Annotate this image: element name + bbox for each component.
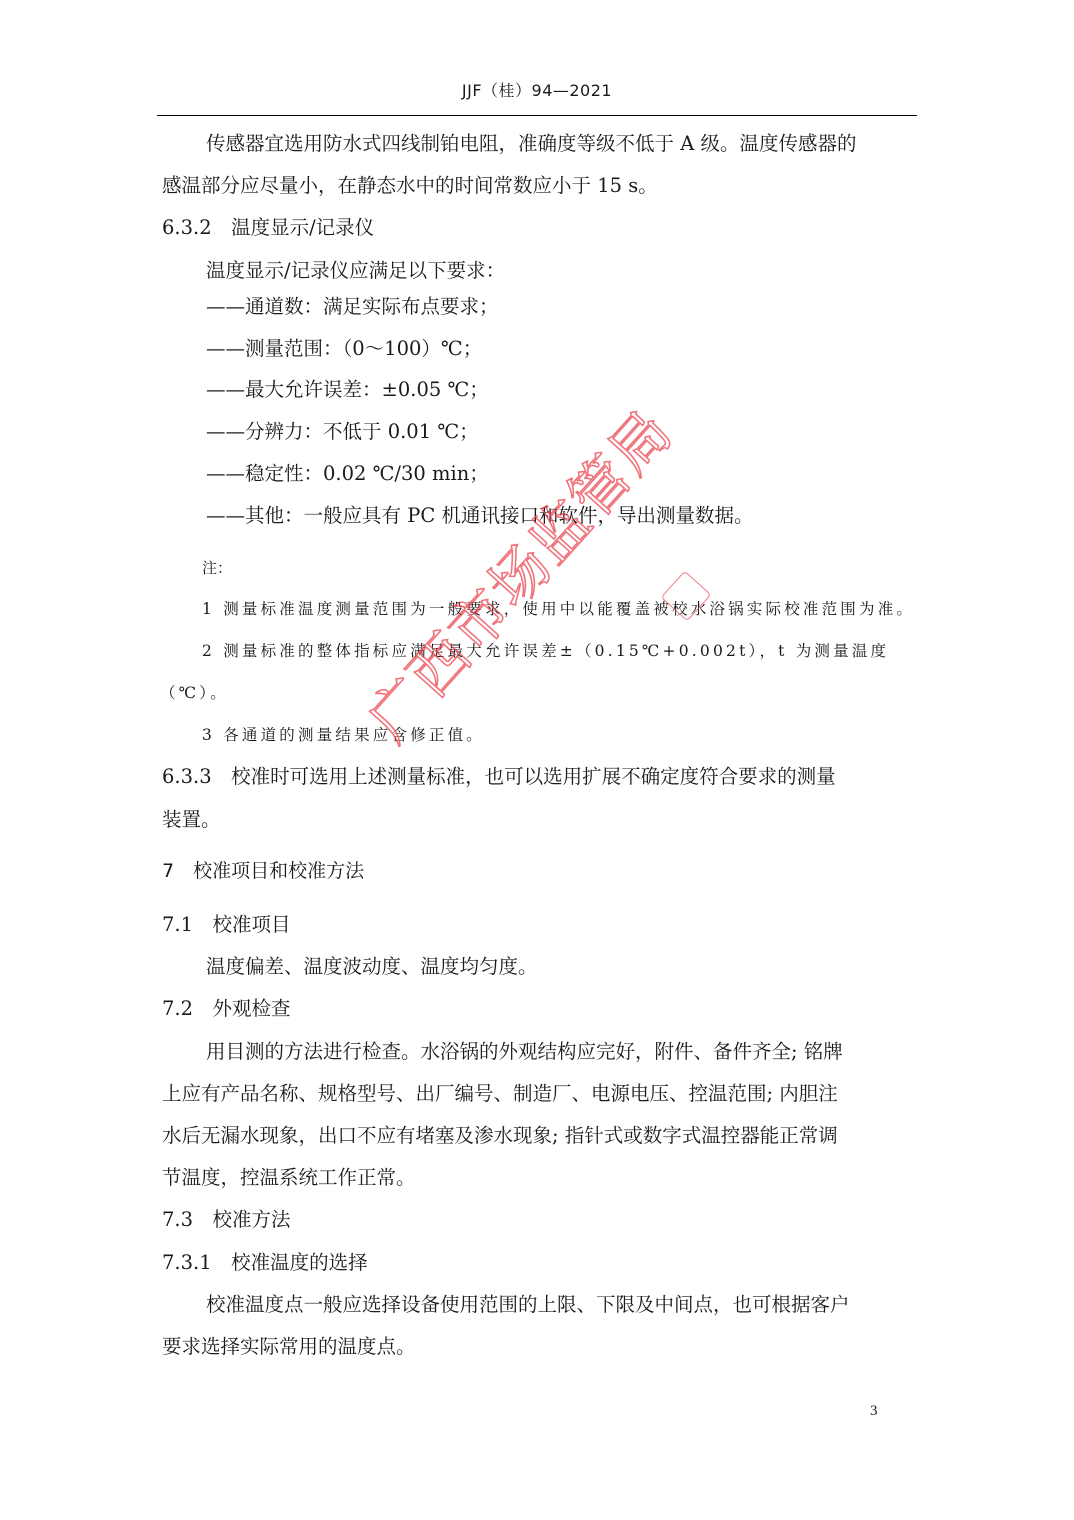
paragraph-line: 节温度，控温系统工作正常。 [162,1164,416,1192]
requirement-item: ——其他：一般应具有 PC 机通讯接口和软件，导出测量数据。 [206,502,753,530]
note-label: 注： [202,554,232,582]
paragraph-line: 用目测的方法进行检查。水浴锅的外观结构应完好，附件、备件齐全; 铭牌 [206,1038,843,1066]
section-heading-7: 7 校准项目和校准方法 [162,857,364,885]
requirement-item: ——通道数：满足实际布点要求； [206,293,499,321]
section-heading-7-2: 7.2 外观检查 [162,995,291,1023]
section-heading-6-3-2: 6.3.2 温度显示/记录仪 [162,214,374,242]
note-item: 2 测量标准的整体指标应满足最大允许误差±（0.15℃+0.002t），t 为测… [202,637,889,665]
paragraph-line: 校准温度点一般应选择设备使用范围的上限、下限及中间点，也可根据客户 [206,1291,850,1319]
requirement-item: ——稳定性：0.02 ℃/30 min； [206,460,489,488]
requirement-item: ——最大允许误差：±0.05 ℃； [206,376,489,404]
section-heading-7-1: 7.1 校准项目 [162,911,291,939]
section-6-3-3-line: 装置。 [162,806,221,834]
paragraph-line: 要求选择实际常用的温度点。 [162,1333,416,1361]
section-heading-7-3-1: 7.3.1 校准温度的选择 [162,1249,368,1277]
note-item: 3 各通道的测量结果应含修正值。 [202,721,485,749]
section-6-3-3-line: 6.3.3 校准时可选用上述测量标准，也可以选用扩展不确定度符合要求的测量 [162,763,836,791]
page-number: 3 [870,1403,878,1420]
document-code-header: JJF（桂）94—2021 [0,78,1074,101]
requirement-item: ——分辨力：不低于 0.01 ℃； [206,418,479,446]
section-heading-7-3: 7.3 校准方法 [162,1206,291,1234]
paragraph-line: 温度显示/记录仪应满足以下要求： [206,257,505,285]
paragraph-line: 传感器宜选用防水式四线制铂电阻，准确度等级不低于 A 级。温度传感器的 [206,130,856,158]
note-item: 1 测量标准温度测量范围为一般要求，使用中以能覆盖被校水浴锅实际校准范围为准。 [202,595,915,623]
paragraph-line: 上应有产品名称、规格型号、出厂编号、制造厂、电源电压、控温范围; 内胆注 [162,1080,838,1108]
paragraph-line: 水后无漏水现象，出口不应有堵塞及渗水现象; 指针式或数字式温控器能正常调 [162,1122,838,1150]
paragraph-line: 感温部分应尽量小，在静态水中的时间常数应小于 15 s。 [162,172,658,200]
requirement-item: ——测量范围：（0～100）℃； [206,335,482,363]
note-item: （℃）。 [160,679,229,707]
header-divider [157,115,917,116]
paragraph-line: 温度偏差、温度波动度、温度均匀度。 [206,953,538,981]
